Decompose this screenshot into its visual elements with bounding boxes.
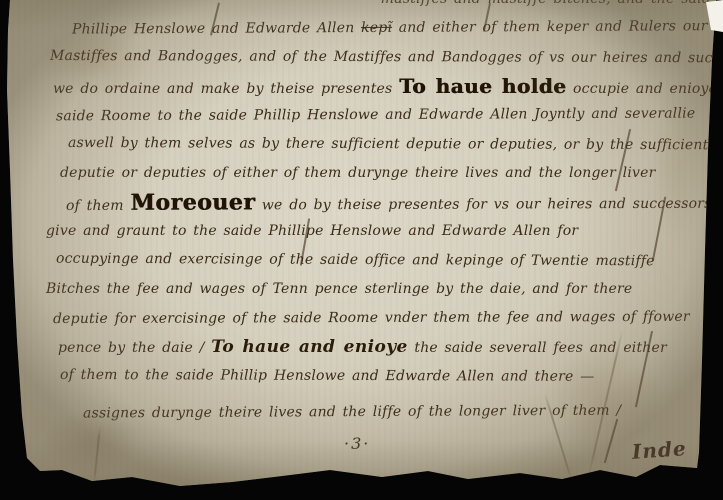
text-segment: aswell by them selves as by there suffic… xyxy=(68,135,709,153)
text-segment: occupie and enioye the xyxy=(566,81,723,97)
text-segment: Bitches the fee and wages of Tenn pence … xyxy=(46,281,632,297)
page-number: ·3· xyxy=(344,434,370,453)
heading-segment: Moreouer xyxy=(130,189,255,215)
manuscript-text: mastiffes and mastiffe bitches, and the … xyxy=(0,0,723,427)
text-segment: Mastiffes and Bandogges, and of the Mast… xyxy=(50,48,723,67)
manuscript-line: pence by the daie / To haue and enioye t… xyxy=(0,333,723,362)
text-segment: we do by theise presentes for vs our hei… xyxy=(255,196,711,214)
text-segment: and either of them keper and Rulers our xyxy=(392,18,708,36)
parchment-sheet: mastiffes and mastiffe bitches, and the … xyxy=(0,0,723,500)
manuscript-line: of them to the saide Phillip Henslowe an… xyxy=(0,361,723,393)
text-segment: deputie for exercisinge of the saide Roo… xyxy=(53,309,690,327)
text-segment: we do ordaine and make by theise present… xyxy=(53,81,399,97)
text-segment: saide Roome to the saide Phillip Henslow… xyxy=(56,106,695,125)
heading-segment: To haue holde xyxy=(399,74,566,98)
manuscript-line: deputie for exercisinge of the saide Roo… xyxy=(0,303,723,335)
manuscript-line: Bitches the fee and wages of Tenn pence … xyxy=(0,275,723,304)
manuscript-line: Mastiffes and Bandogges, and of the Mast… xyxy=(0,42,723,74)
manuscript-line: of them Moreouer we do by theise present… xyxy=(0,187,723,219)
manuscript-line: occupyinge and exercisinge of the saide … xyxy=(0,244,723,276)
text-segment: of them to the saide Phillip Henslowe an… xyxy=(60,367,594,385)
subheading-segment: To haue and enioye xyxy=(211,337,407,357)
text-segment: mastiffes and mastiffe bitches, and the … xyxy=(381,0,711,7)
text-segment: deputie or deputies of either of them du… xyxy=(60,165,656,181)
manuscript-line: give and graunt to the saide Phillipe He… xyxy=(0,217,723,246)
manuscript-line: assignes durynge theire lives and the li… xyxy=(0,396,723,429)
text-segment: occupyinge and exercisinge of the saide … xyxy=(56,251,655,270)
manuscript-line: aswell by them selves as by there suffic… xyxy=(0,129,723,161)
manuscript-line: we do ordaine and make by theise present… xyxy=(0,72,723,101)
text-segment: assignes durynge theire lives and the li… xyxy=(83,403,621,422)
text-segment: of them xyxy=(66,198,130,214)
manuscript-line: deputie or deputies of either of them du… xyxy=(0,159,723,188)
manuscript-line: saide Roome to the saide Phillip Henslow… xyxy=(0,99,723,131)
text-segment: the saide severall fees and either xyxy=(408,340,667,356)
signature-flourish: Inde xyxy=(631,436,687,464)
manuscript-footer: ·3· Inde xyxy=(0,430,723,490)
text-segment: Phillipe Henslowe and Edwarde Allen xyxy=(72,20,361,38)
manuscript-line: Phillipe Henslowe and Edwarde Allen kepĩ… xyxy=(0,12,723,45)
manuscript-photo: mastiffes and mastiffe bitches, and the … xyxy=(0,0,723,500)
text-segment: pence by the daie / xyxy=(58,340,211,356)
text-segment: give and graunt to the saide Phillipe He… xyxy=(46,223,578,239)
strike-segment: kepĩ xyxy=(361,20,392,36)
